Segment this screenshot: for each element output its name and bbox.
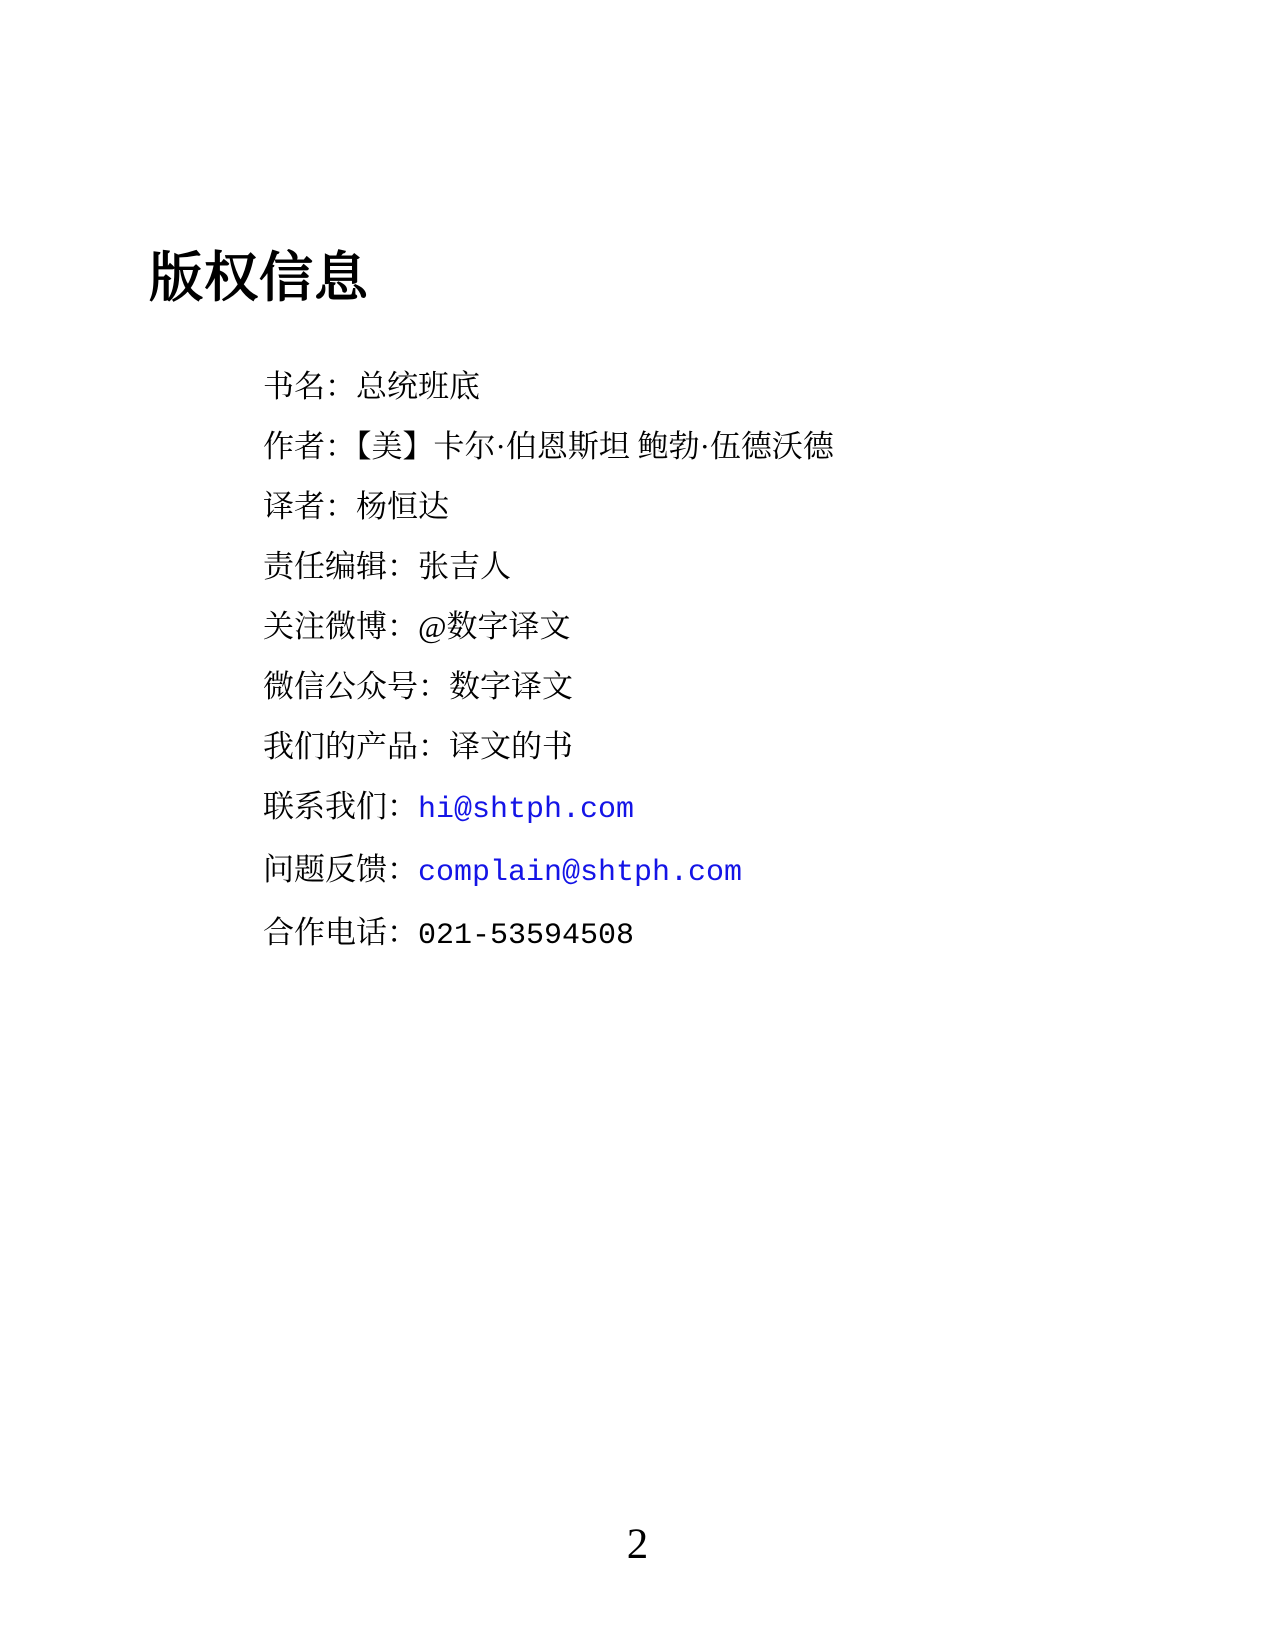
info-value: 总统班底 — [356, 369, 480, 404]
info-label: 联系我们： — [263, 789, 418, 824]
info-value: 021-53594508 — [418, 919, 634, 953]
info-label: 合作电话： — [263, 915, 418, 950]
info-value: 数字译文 — [449, 669, 573, 704]
feedback-email-line: 问题反馈：complain@shtph.com — [263, 854, 834, 888]
info-label: 责任编辑： — [263, 549, 418, 584]
info-value: @数字译文 — [418, 609, 571, 644]
info-value: 杨恒达 — [356, 489, 449, 524]
weibo-line: 关注微博：@数字译文 — [263, 611, 834, 642]
info-value: 【美】卡尔·伯恩斯坦 鲍勃·伍德沃德 — [356, 429, 834, 464]
info-label: 关注微博： — [263, 609, 418, 644]
translator-line: 译者：杨恒达 — [263, 491, 834, 522]
info-label: 译者： — [263, 489, 356, 524]
info-value: 张吉人 — [418, 549, 511, 584]
email-link[interactable]: complain@shtph.com — [418, 856, 742, 890]
copyright-page: 版权信息 书名：总统班底作者：【美】卡尔·伯恩斯坦 鲍勃·伍德沃德译者：杨恒达责… — [0, 0, 1275, 1650]
info-label: 微信公众号： — [263, 669, 449, 704]
info-label: 作者： — [263, 429, 356, 464]
contact-email-line: 联系我们：hi@shtph.com — [263, 791, 834, 825]
author-line: 作者：【美】卡尔·伯恩斯坦 鲍勃·伍德沃德 — [263, 431, 834, 462]
info-label: 问题反馈： — [263, 852, 418, 887]
info-label: 我们的产品： — [263, 729, 449, 764]
info-value: 译文的书 — [449, 729, 573, 764]
wechat-line: 微信公众号：数字译文 — [263, 671, 834, 702]
page-number: 2 — [0, 1523, 1275, 1566]
info-list: 书名：总统班底作者：【美】卡尔·伯恩斯坦 鲍勃·伍德沃德译者：杨恒达责任编辑：张… — [263, 371, 834, 951]
page-title: 版权信息 — [149, 251, 369, 305]
info-label: 书名： — [263, 369, 356, 404]
editor-line: 责任编辑：张吉人 — [263, 551, 834, 582]
book-title-line: 书名：总统班底 — [263, 371, 834, 402]
phone-line: 合作电话：021-53594508 — [263, 917, 834, 951]
products-line: 我们的产品：译文的书 — [263, 731, 834, 762]
email-link[interactable]: hi@shtph.com — [418, 793, 634, 827]
